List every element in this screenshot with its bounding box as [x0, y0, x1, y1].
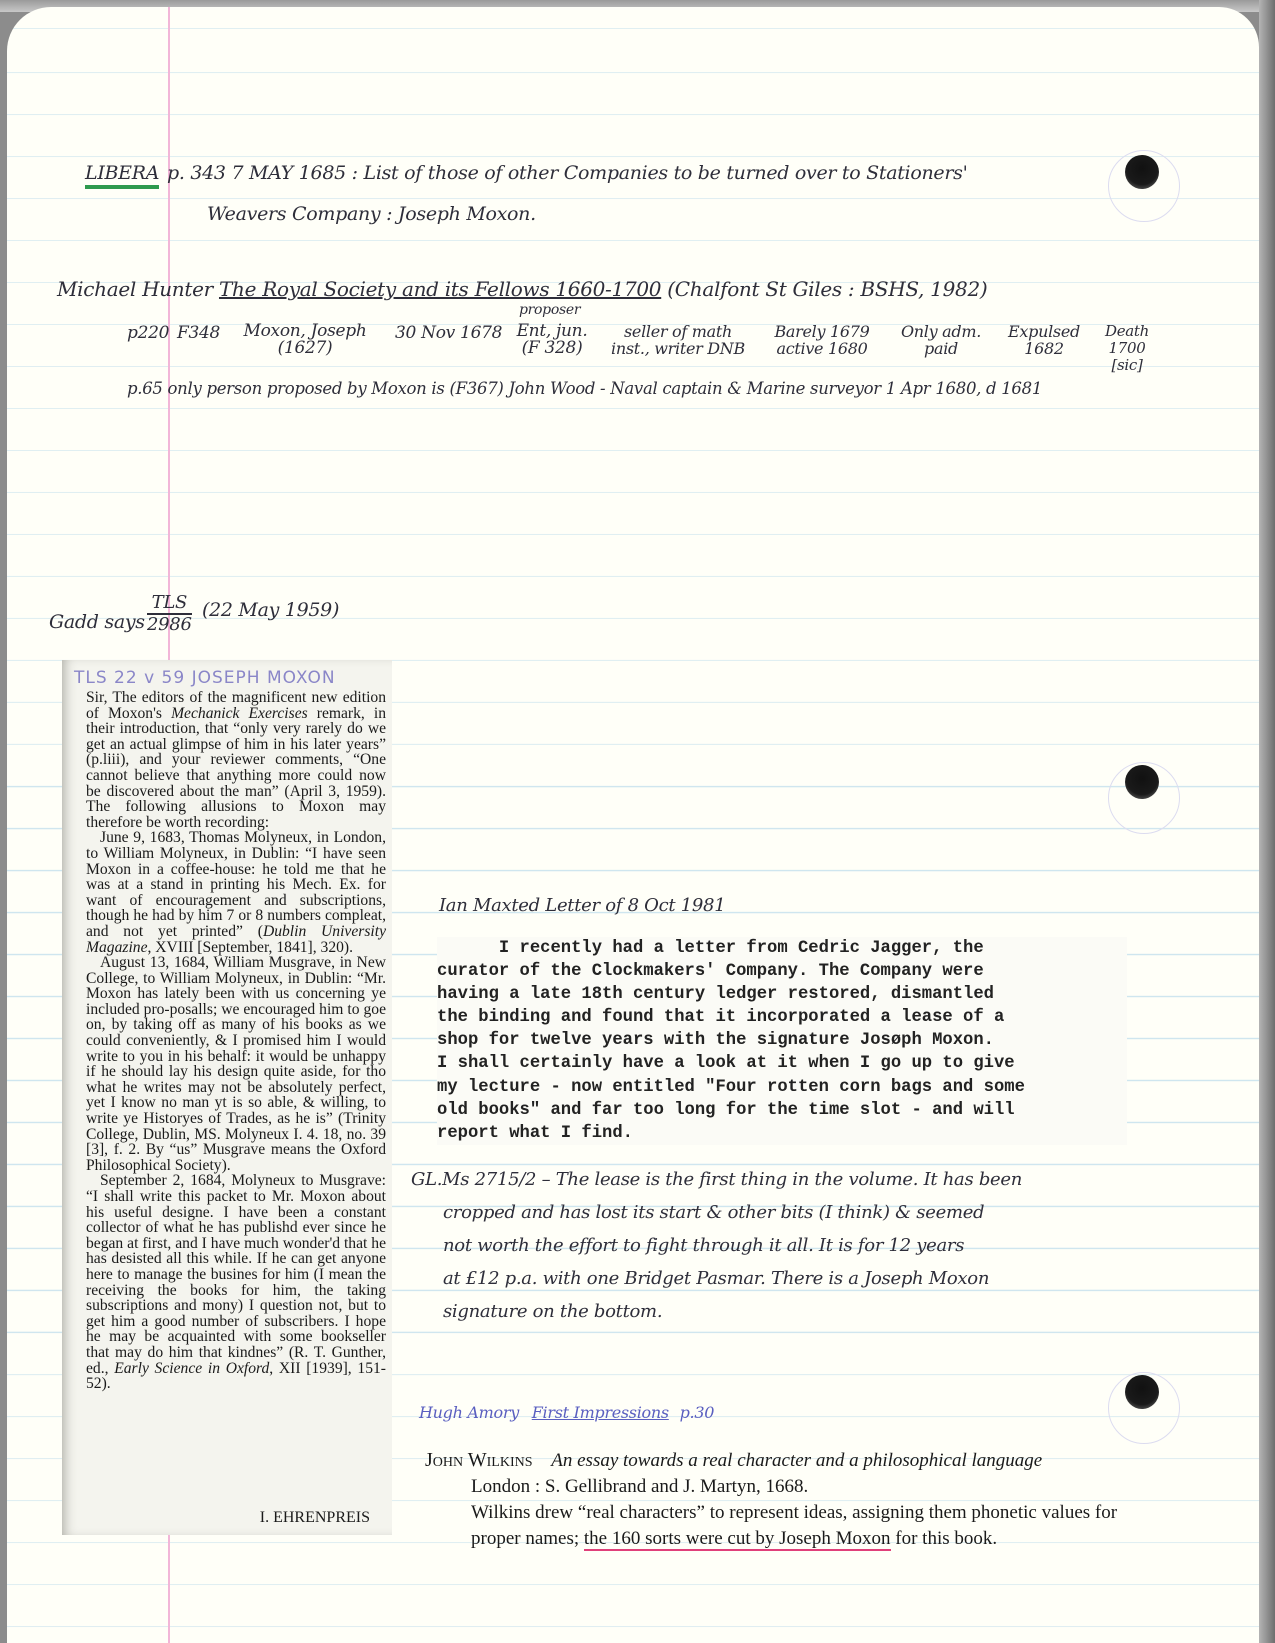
wilkins-note-line: proper names; the 160 sorts were cut by …	[425, 1526, 1225, 1552]
hunter-name: Moxon, Joseph (1627)	[235, 323, 375, 357]
wilkins-title: An essay towards a real character and a …	[551, 1450, 1042, 1471]
guildhall-note-line: at £12 p.a. with one Bridget Pasmar. The…	[443, 1268, 989, 1289]
guildhall-note-line: GL.Ms 2715/2 – The lease is the first th…	[411, 1169, 1022, 1190]
wilkins-entry: John Wilkins An essay towards a real cha…	[425, 1447, 1225, 1552]
hunter-page: p220	[127, 323, 169, 343]
death-line: Death	[1097, 323, 1157, 340]
amory-citation: Hugh Amory First Impressions p.30	[419, 1403, 714, 1422]
guildhall-note-line: cropped and has lost its start & other b…	[443, 1202, 984, 1223]
wilkins-note-line: Wilkins drew “real characters” to repres…	[425, 1500, 1225, 1526]
hunter-occupation: seller of math inst., writer DNB	[603, 323, 753, 357]
fellow-birth: (1627)	[235, 340, 375, 357]
hunter-author: Michael Hunter	[57, 277, 213, 301]
hunter-proposer: Ent, jun. (F 328)	[507, 323, 597, 357]
note-suffix: for this book.	[891, 1528, 998, 1549]
occupation-line: inst., writer DNB	[603, 340, 753, 357]
wilkins-author: John Wilkins	[425, 1449, 533, 1471]
amory-title: First Impressions	[532, 1403, 669, 1422]
punch-hole-middle	[1125, 765, 1159, 799]
hunter-publication: (Chalfont St Giles : BSHS, 1982)	[667, 277, 987, 301]
scanner-edge	[1259, 0, 1275, 1643]
hunter-death: Death 1700 [sic]	[1097, 323, 1157, 374]
clipping-signature: I. EHRENPREIS	[260, 1509, 370, 1527]
activity-line: active 1680	[767, 340, 877, 357]
death-line: 1700	[1097, 340, 1157, 357]
clipping-paragraph: September 2, 1684, Molyneux to Musgrave:…	[86, 1173, 386, 1391]
gadd-date: (22 May 1959)	[202, 599, 339, 621]
punch-hole-top	[1125, 155, 1159, 189]
hunter-title: The Royal Society and its Fellows 1660-1…	[219, 277, 661, 301]
hunter-proposed-line: p.65 only person proposed by Moxon is (F…	[127, 379, 1042, 398]
wilkins-imprint: London : S. Gellibrand and J. Martyn, 16…	[425, 1474, 1225, 1500]
gadd-fraction: TLS 2986	[147, 593, 192, 635]
clipping-header: TLS 22 v 59 JOSEPH MOXON	[74, 668, 336, 688]
expelled-line: Expulsed	[999, 323, 1089, 340]
death-line: [sic]	[1097, 357, 1157, 374]
proposer-ref: (F 328)	[507, 340, 597, 357]
amory-author: Hugh Amory	[419, 1403, 519, 1422]
hunter-citation: Michael Hunter The Royal Society and its…	[57, 277, 987, 301]
libera-line-1: p. 343 7 MAY 1685 : List of those of oth…	[167, 162, 968, 184]
occupation-line: seller of math	[603, 323, 753, 340]
notebook-page: LIBERA p. 343 7 MAY 1685 : List of those…	[7, 7, 1259, 1643]
punch-hole-bottom	[1125, 1375, 1159, 1409]
hunter-fees: Only adm. paid	[891, 323, 991, 357]
clipping-paragraph: Sir, The editors of the magnificent new …	[86, 690, 386, 830]
activity-line: Barely 1679	[767, 323, 877, 340]
hunter-fellow-no: F348	[177, 323, 220, 343]
typed-letter-excerpt: I recently had a letter from Cedric Jagg…	[437, 937, 1127, 1145]
fees-line: paid	[891, 340, 991, 357]
hunter-expelled: Expulsed 1682	[999, 323, 1089, 357]
gadd-prefix: Gadd says	[49, 611, 145, 633]
clipping-paragraph: August 13, 1684, William Musgrave, in Ne…	[86, 955, 386, 1173]
note-prefix: proper names;	[471, 1528, 584, 1549]
clipping-paragraph: June 9, 1683, Thomas Molyneux, in London…	[86, 830, 386, 955]
guildhall-note-line: signature on the bottom.	[443, 1301, 662, 1322]
amory-page: p.30	[680, 1403, 715, 1422]
hunter-elected: 30 Nov 1678	[395, 323, 502, 343]
fees-line: Only adm.	[891, 323, 991, 340]
tls-clipping: TLS 22 v 59 JOSEPH MOXON Sir, The editor…	[62, 660, 392, 1535]
proposer-label: proposer	[519, 302, 580, 318]
moxon-highlight: the 160 sorts were cut by Joseph Moxon	[584, 1528, 891, 1551]
hunter-activity: Barely 1679 active 1680	[767, 323, 877, 357]
fraction-top: TLS	[147, 593, 192, 615]
fraction-bottom: 2986	[147, 615, 192, 635]
expelled-line: 1682	[999, 340, 1089, 357]
clipping-body: Sir, The editors of the magnificent new …	[86, 690, 386, 1392]
guildhall-note-line: not worth the effort to fight through it…	[443, 1235, 964, 1256]
libera-line-2: Weavers Company : Joseph Moxon.	[207, 203, 536, 225]
libera-label-text: LIBERA	[85, 162, 159, 189]
libera-label: LIBERA	[85, 162, 159, 184]
maxted-heading: Ian Maxted Letter of 8 Oct 1981	[439, 895, 725, 916]
